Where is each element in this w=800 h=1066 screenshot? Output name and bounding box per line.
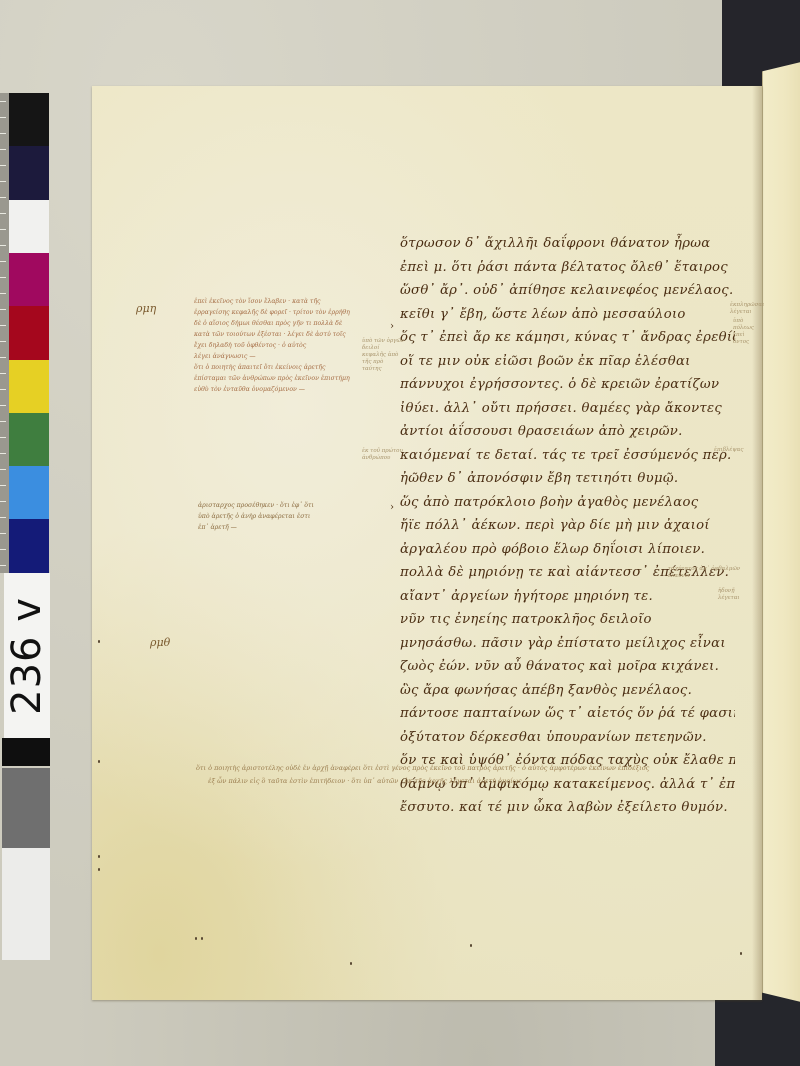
ruler-tick — [0, 453, 6, 454]
manuscript-line: ὣς ἄρα φωνήσας ἀπέβη ξανθὸς μενέλαος. — [400, 679, 735, 703]
scholion-line: ἔχει δηλαδὴ τοῦ ὀφθέντος · ὁ αὐτὸς — [194, 340, 350, 351]
ruler-tick — [0, 565, 6, 566]
gloss-line: ἐλαύνει — [668, 573, 740, 580]
facing-leaf-edge — [762, 62, 800, 1002]
ruler-tick — [0, 197, 6, 198]
interlinear-gloss: ἐκπληρῶσαιλέγεται — [730, 302, 764, 316]
manuscript-line: αἴαντ᾽ ἀργείων ἡγήτορε μηριόνη τε. — [400, 585, 735, 609]
folio-number: 236 v — [4, 597, 50, 715]
gloss-line: ὑπὸ — [733, 318, 754, 325]
gloss-line: ὑπὸ τῶν ὀργῶν — [362, 338, 404, 345]
left-scholia-block-1: ἐπεὶ ἐκεῖνος τὸν ἴσον ἔλαβεν · κατὰ τῆςἐ… — [194, 296, 350, 395]
main-text-column: ὅτρωσον δ᾽ ἄχιλλῆι δαΐφρονι θάνατον ἦρωα… — [400, 232, 735, 820]
gloss-line: ἐπιβλέψας — [714, 447, 743, 454]
gloss-line: ταύτης — [362, 366, 404, 373]
swatch-cyan-blue — [9, 466, 49, 520]
swatch-red — [9, 306, 49, 360]
gloss-line: ἐκπληρῶσαι — [730, 302, 764, 309]
ruler-tick — [0, 277, 6, 278]
left-scholia-block-2: ἀρισταρχος προσέθηκεν · ὅτι ἐφ᾽ ὅτιὑπὸ ἀ… — [198, 500, 314, 533]
swatch-white — [9, 200, 49, 254]
ruler-tick — [0, 325, 6, 326]
marginal-signature-bottom: ρμθ — [150, 636, 170, 649]
gloss-line: ὄντος — [733, 339, 754, 346]
manuscript-line: ὥς ἀπὸ πατρόκλοιο βοὴν ἀγαθὸς μενέλαος — [400, 491, 735, 515]
manuscript-line: κεῖθι γ᾽ ἔβη, ὥστε λέων ἀπὸ μεσσαύλοιο — [400, 303, 735, 327]
scholion-line: εὐθὺ τὸν ἐνταῦθα ὀνομαζόμενον — — [194, 384, 350, 395]
pricking-mark — [201, 937, 203, 940]
ruler-tick — [0, 485, 6, 486]
ruler-tick — [0, 533, 6, 534]
line-marker-arrow: › — [390, 502, 394, 513]
manuscript-line: ζωὸς ἐών. νῦν αὖ θάνατος καὶ μοῖρα κιχάν… — [400, 655, 735, 679]
ruler-tick — [0, 133, 6, 134]
scholion-line: ἐπ᾽ ἀρετῆ — — [198, 522, 314, 533]
ruler-tick — [0, 101, 6, 102]
gloss-line: λέγεται — [730, 309, 764, 316]
swatch-black — [9, 93, 49, 147]
manuscript-line: μνησάσθω. πᾶσιν γὰρ ἐπίστατο μείλιχος εἶ… — [400, 632, 735, 656]
gray-block-mid-gray — [2, 768, 50, 848]
pricking-mark — [98, 640, 100, 643]
scholion-line: ἐπεὶ ἐκεῖνος τὸν ἴσον ἔλαβεν · κατὰ τῆς — [194, 296, 350, 307]
gloss-line: τῆς πρὸ — [362, 359, 404, 366]
pricking-mark — [350, 962, 352, 965]
ruler-tick — [0, 213, 6, 214]
manuscript-line: ἀργαλέου πρὸ φόβοιο ἕλωρ δηΐοισι λίποιεν… — [400, 538, 735, 562]
gloss-line: ἡδονῇ — [718, 588, 740, 595]
interlinear-gloss: ἐπιβλέψας — [714, 447, 743, 454]
measurement-ruler — [0, 93, 9, 573]
manuscript-line: ὀξύτατον δέρκεσθαι ὑπουρανίων πετεηνῶν. — [400, 726, 735, 750]
ruler-tick — [0, 389, 6, 390]
ruler-tick — [0, 245, 6, 246]
color-calibration-strip: 236 v — [0, 93, 50, 963]
ruler-tick — [0, 293, 6, 294]
swatch-green — [9, 413, 49, 467]
manuscript-line: ἤϊε πόλλ᾽ ἀέκων. περὶ γὰρ δίε μὴ μιν ἀχα… — [400, 514, 735, 538]
ruler-tick — [0, 437, 6, 438]
interlinear-gloss: ἐκ τοῦ πρώτουἀνθρώπου — [362, 448, 403, 462]
manuscript-line: ἔσσυτο. καί τέ μιν ὦκα λαβὼν ἐξείλετο θυ… — [400, 796, 735, 820]
bottom-scholion: ὅτι ὁ ποιητὴς ἀριστοτέλης οὐδὲ ἐν ἀρχῇ ἀ… — [196, 762, 696, 788]
gloss-line: κεφαλῆς ἀπὸ — [362, 352, 404, 359]
swatch-yellow — [9, 360, 49, 414]
ruler-tick — [0, 373, 6, 374]
swatch-dark-navy — [9, 146, 49, 200]
manuscript-line: οἵ τε μιν οὐκ εἰῶσι βοῶν ἐκ πῖαρ ἑλέσθαι — [400, 350, 735, 374]
gloss-line: ἐκ τοῦ πρώτου — [362, 448, 403, 455]
gloss-line: πόλεως — [733, 325, 754, 332]
marginal-signature-top: ρμη — [136, 302, 156, 315]
scholion-line: κατὰ τῶν τοιούτων ἐξέσται · λέγει δὲ ἀστ… — [194, 329, 350, 340]
gloss-line: ταχύτατος ἀπ᾽ ὀφθαλμῶν — [668, 566, 740, 573]
gray-block-light-gray — [2, 848, 50, 960]
manuscript-line: πάντοσε παπταίνων ὥς τ᾽ αἰετός ὅν ῥά τέ … — [400, 702, 735, 726]
manuscript-line: ὅτρωσον δ᾽ ἄχιλλῆι δαΐφρονι θάνατον ἦρωα — [400, 232, 735, 256]
manuscript-line: ἠῶθεν δ᾽ ἀπονόσφιν ἔβη τετιηότι θυμῷ. — [400, 467, 735, 491]
manuscript-line: ὥσθ᾽ ἄρ᾽. οὐδ᾽ ἀπίθησε κελαινεφέος μενέλ… — [400, 279, 735, 303]
ruler-tick — [0, 405, 6, 406]
interlinear-gloss: ταχύτατος ἀπ᾽ ὀφθαλμῶνἐλαύνει — [668, 566, 740, 580]
manuscript-line: ἐπεὶ μ. ὅτι ῥάσι πάντα βέλτατος ὄλεθ᾽ ἕτ… — [400, 256, 735, 280]
scholion-line: ὑπὸ ἀρετῆς ὁ ἀνὴρ ἀναφέρεται ἐστι — [198, 511, 314, 522]
gloss-line: ἀνθρώπου — [362, 455, 403, 462]
ruler-tick — [0, 469, 6, 470]
gutter-shadow — [752, 86, 762, 1000]
pricking-mark — [98, 855, 100, 858]
manuscript-line: καιόμεναί τε δεταί. τάς τε τρεῖ ἐσσύμενό… — [400, 444, 735, 468]
line-marker-arrow: › — [390, 321, 394, 332]
ruler-tick — [0, 117, 6, 118]
interlinear-gloss: ἡδονῇλέγεται — [718, 588, 740, 602]
gloss-line: δειλοί — [362, 345, 404, 352]
scholion-line: λέγει ἀνάγνωσις — — [194, 351, 350, 362]
manuscript-line: πάννυχοι ἐγρήσσοντες. ὁ δὲ κρειῶν ἐρατίζ… — [400, 373, 735, 397]
ruler-tick — [0, 421, 6, 422]
swatch-magenta — [9, 253, 49, 307]
ruler-tick — [0, 357, 6, 358]
scholion-line: ἐπίσταμαι τῶν ἀνθρώπων πρὸς ἐκεῖνον ἐπισ… — [194, 373, 350, 384]
scholion-line: δὲ ὁ αἴσιος δήμωι θέσθαι πρὸς γῆν τι πολ… — [194, 318, 350, 329]
scholion-line: ὅτι ὁ ποιητὴς ἀπαιτεῖ ὅτι ἐκείνοις ἀρετῆ… — [194, 362, 350, 373]
pricking-mark — [195, 937, 197, 940]
pricking-mark — [470, 944, 472, 947]
ruler-tick — [0, 149, 6, 150]
manuscript-line: ἰθύει. ἀλλ᾽ οὔτι πρήσσει. θαμέες γὰρ ἄκο… — [400, 397, 735, 421]
folio-label-card: 236 v — [4, 573, 50, 738]
footnote-line: ἐξ ὧν πάλιν εἰς ὃ ταῦτα ἐστὶν ἐπιτήδειον… — [196, 775, 696, 788]
ruler-tick — [0, 517, 6, 518]
pricking-mark — [98, 760, 100, 763]
ruler-tick — [0, 181, 6, 182]
ruler-tick — [0, 341, 6, 342]
ruler-tick — [0, 229, 6, 230]
gloss-line: λέγεται — [718, 595, 740, 602]
ruler-tick — [0, 309, 6, 310]
footnote-line: ὅτι ὁ ποιητὴς ἀριστοτέλης οὐδὲ ἐν ἀρχῇ ἀ… — [196, 762, 696, 775]
scholion-line: ἐρραγείσης κεφαλῆς δὲ φορεῖ · τρίτον τὸν… — [194, 307, 350, 318]
interlinear-gloss: ὑπὸ τῶν ὀργῶνδειλοίκεφαλῆς ἀπὸτῆς πρὸταύ… — [362, 338, 404, 373]
ruler-tick — [0, 549, 6, 550]
pricking-mark — [98, 868, 100, 871]
swatch-navy-blue — [9, 519, 49, 573]
gloss-line: ἐπεὶ — [733, 332, 754, 339]
interlinear-gloss: ὑπὸπόλεωςἐπεὶὄντος — [733, 318, 754, 346]
manuscript-line: ἀντίοι ἀΐσσουσι θρασειάων ἀπὸ χειρῶν. — [400, 420, 735, 444]
scholion-line: ἀρισταρχος προσέθηκεν · ὅτι ἐφ᾽ ὅτι — [198, 500, 314, 511]
gray-block-black — [2, 738, 50, 766]
ruler-tick — [0, 261, 6, 262]
pricking-mark — [740, 952, 742, 955]
manuscript-line: νῦν τις ἐνηείης πατροκλῆος δειλοῖο — [400, 608, 735, 632]
manuscript-line: ὅς τ᾽ ἐπεὶ ἄρ κε κάμησι, κύνας τ᾽ ἄνδρας… — [400, 326, 735, 350]
ruler-tick — [0, 501, 6, 502]
ruler-tick — [0, 165, 6, 166]
